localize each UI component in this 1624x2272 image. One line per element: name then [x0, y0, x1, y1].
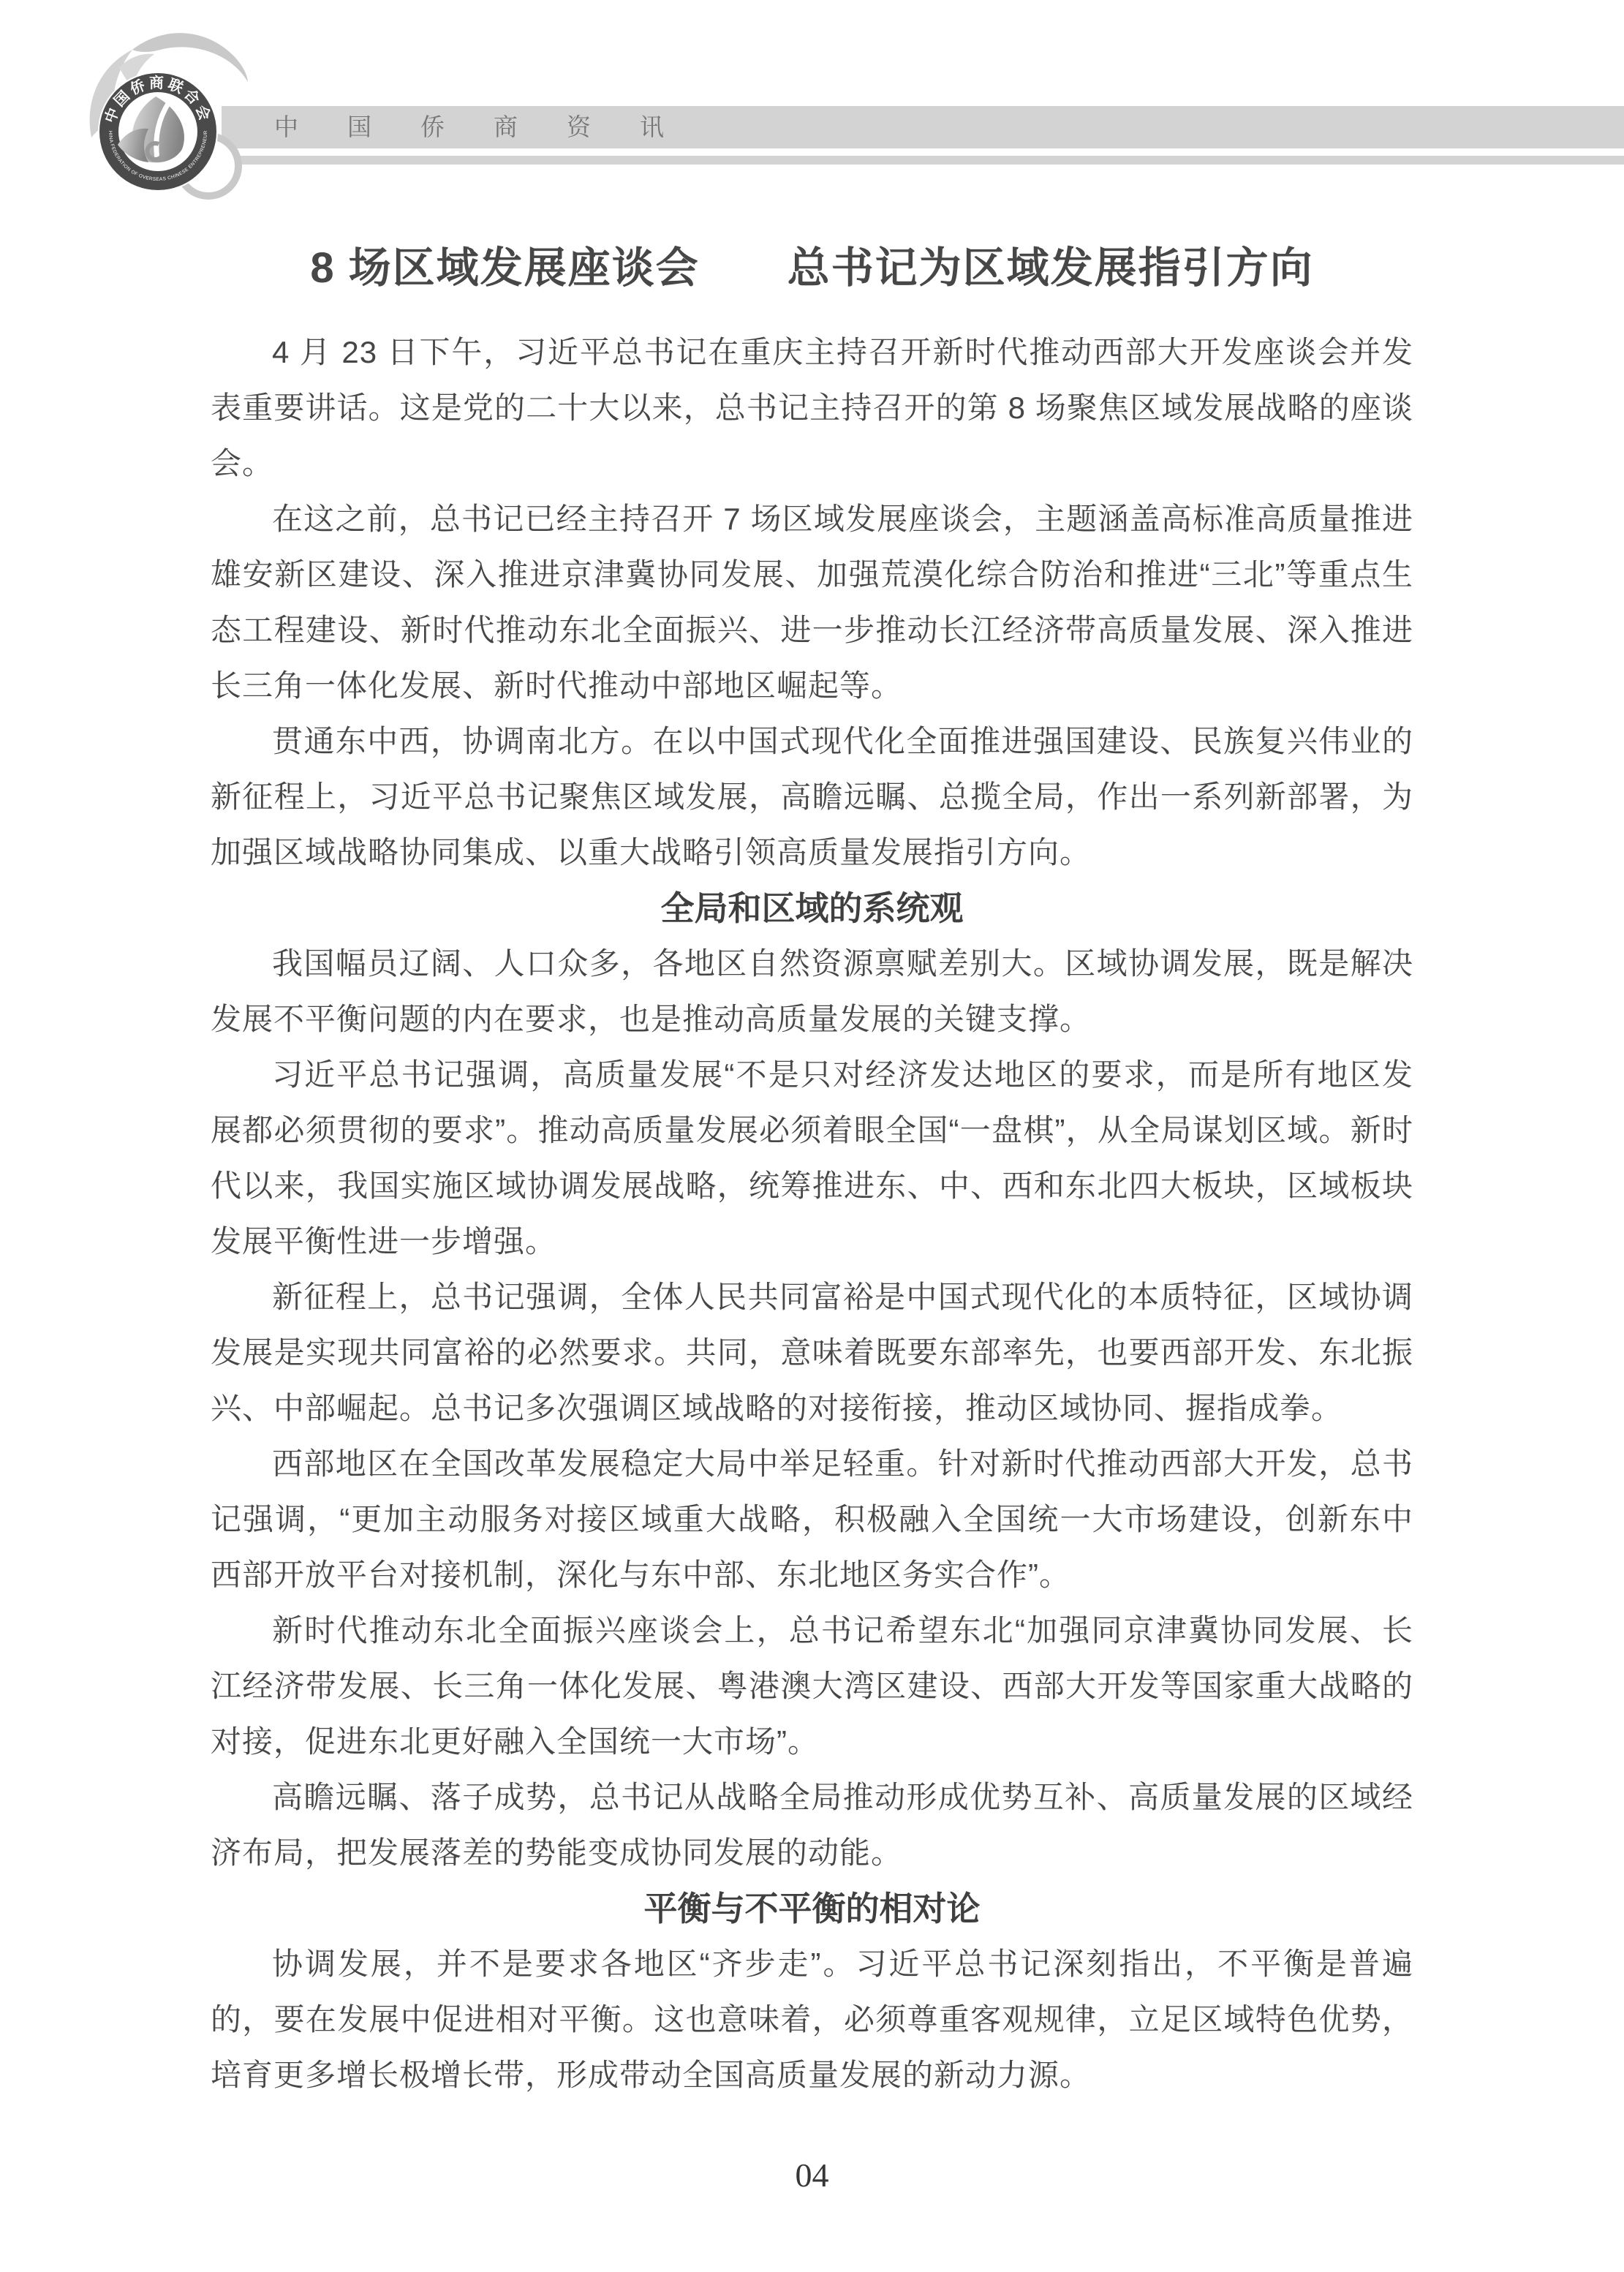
newsletter-page: 中国侨商资讯 中国侨商联合会 CHINA FEDERA [0, 0, 1624, 2272]
header-banner-strip [219, 156, 1624, 165]
article-paragraph: 4 月 23 日下午，习近平总书记在重庆主持召开新时代推动西部大开发座谈会并发表… [211, 325, 1413, 491]
section-heading: 全局和区域的系统观 [211, 880, 1413, 936]
article-paragraph: 习近平总书记强调，高质量发展“不是只对经济发达地区的要求，而是所有地区发展都必须… [211, 1047, 1413, 1269]
organization-logo-icon: 中国侨商联合会 CHINA FEDERATION OF OVERSEAS CHI… [62, 20, 267, 225]
masthead-title: 中国侨商资讯 [274, 106, 713, 148]
article-paragraph: 高瞻远瞩、落子成势，总书记从战略全局推动形成优势互补、高质量发展的区域经济布局，… [211, 1770, 1413, 1881]
article-paragraph: 在这之前，总书记已经主持召开 7 场区域发展座谈会，主题涵盖高标准高质量推进雄安… [211, 491, 1413, 714]
article-paragraph: 我国幅员辽阔、人口众多，各地区自然资源禀赋差别大。区域协调发展，既是解决发展不平… [211, 936, 1413, 1047]
article-paragraph: 新征程上，总书记强调，全体人民共同富裕是中国式现代化的本质特征，区域协调发展是实… [211, 1269, 1413, 1436]
article-paragraph: 协调发展，并不是要求各地区“齐步走”。习近平总书记深刻指出，不平衡是普遍的，要在… [211, 1936, 1413, 2103]
article-paragraph: 贯通东中西，协调南北方。在以中国式现代化全面推进强国建设、民族复兴伟业的新征程上… [211, 714, 1413, 880]
article-paragraph: 新时代推动东北全面振兴座谈会上，总书记希望东北“加强同京津冀协同发展、长江经济带… [211, 1603, 1413, 1770]
article-paragraph: 西部地区在全国改革发展稳定大局中举足轻重。针对新时代推动西部大开发，总书记强调，… [211, 1436, 1413, 1603]
article-body: 8 场区域发展座谈会 总书记为区域发展指引方向 4 月 23 日下午，习近平总书… [211, 241, 1413, 2103]
section-heading: 平衡与不平衡的相对论 [211, 1881, 1413, 1936]
page-number: 04 [0, 2156, 1624, 2194]
article-title: 8 场区域发展座谈会 总书记为区域发展指引方向 [211, 241, 1413, 295]
